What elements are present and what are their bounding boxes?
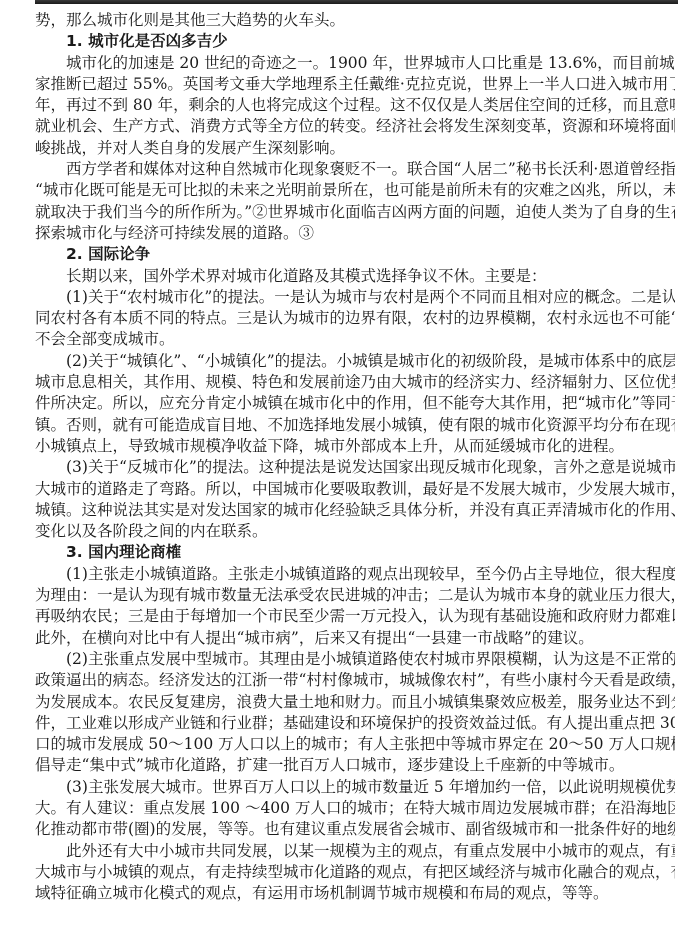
paragraph: (1)关于“农村城市化”的提法。一是认为城市与农村是两个不同而且相对应的概念。二… [35, 287, 675, 351]
text-line: 口的城市发展成 50～100 万人口以上的城市；有人主张把中等城市界定在 20～… [35, 734, 675, 755]
text-line: 就取决于我们当今的所作所为。”②世界城市化面临吉凶两方面的问题，迫使人类为了自身… [35, 202, 675, 223]
text-line: 城市化的加速是 20 世纪的奇迹之一。1900 年，世界城市人口比重是 13.6… [35, 53, 675, 74]
text-line: “城市化既可能是无可比拟的未来之光明前景所在，也可能是前所未有的灾难之凶兆，所以… [35, 180, 675, 201]
text-line: 再吸纳农民；三是由于每增加一个市民至少需一万元投入，认为现有基础设施和政府财力都… [35, 606, 675, 627]
text-line: 大。有人建议：重点发展 100 ～400 万人口的城市；在特大城市周边发展城市群… [35, 798, 675, 819]
text-line: 大城市与小城镇的观点，有走持续型城市化道路的观点，有把区域经济与城市化融合的观点… [35, 862, 675, 883]
section-heading-1: 1. 城市化是否凶多吉少 [35, 31, 675, 52]
text-line: (1)关于“农村城市化”的提法。一是认为城市与农村是两个不同而且相对应的概念。二… [35, 287, 675, 308]
text-line: 大城市的道路走了弯路。所以，中国城市化要吸取教训，最好是不发展大城市，少发展大城… [35, 479, 675, 500]
text-line: 件，工业难以形成产业链和行业群；基础建设和环境保护的投资效益过低。有人提出重点把… [35, 713, 675, 734]
text-line: 域特征确立城市化模式的观点，有运用市场机制调节城市规模和布局的观点，等等。 [35, 883, 675, 904]
text-line: (2)主张重点发展中型城市。其理由是小城镇道路使农村城市界限模糊，认为这是不正常… [35, 649, 675, 670]
text-line: 倡导走“集中式”城市化道路，扩建一批百万人口城市，逐步建设上千座新的中等城市。 [35, 755, 675, 776]
text-line: 同农村各有本质不同的特点。三是认为城市的边界有限，农村的边界模糊，农村永远也不可… [35, 308, 675, 329]
section-heading-3: 3. 国内理论商榷 [35, 542, 675, 563]
text-line: 峻挑战，并对人类自身的发展产生深刻影响。 [35, 138, 675, 159]
paragraph: (2)关于“城镇化”、“小城镇化”的提法。小城镇是城市化的初级阶段，是城市体系中… [35, 351, 675, 457]
text-line: 化推动都市带(圈)的发展，等等。也有建议重点发展省会城市、副省级城市和一批条件好… [35, 819, 675, 840]
text-line: 为理由：一是认为现有城市数量无法承受农民进城的冲击；二是认为城市本身的就业压力很… [35, 585, 675, 606]
text-line: 为发展成本。农民反复建房，浪费大量土地和财力。而且小城镇集聚效应极差，服务业达不… [35, 692, 675, 713]
paragraph: 长期以来，国外学术界对城市化道路及其模式选择争议不休。主要是： [35, 266, 675, 287]
text-line: 此外，在横向对比中有人提出“城市病”，后来又有提出“一县建一市战略”的建议。 [35, 628, 675, 649]
paragraph: 城市化的加速是 20 世纪的奇迹之一。1900 年，世界城市人口比重是 13.6… [35, 53, 675, 159]
text-line: 小城镇点上，导致城市规模净收益下降，城市外部成本上升，从而延缓城市化的进程。 [35, 436, 675, 457]
text-line: 探索城市化与经济可持续发展的道路。③ [35, 223, 675, 244]
text-line: 件所决定。所以，应充分肯定小城镇在城市化中的作用，但不能夸大其作用，把“城市化”… [35, 393, 675, 414]
paragraph: (3)关于“反城市化”的提法。这种提法是说发达国家出现反城市化现象，言外之意是说… [35, 457, 675, 542]
text-line: 城市息息相关，其作用、规模、特色和发展前途乃由大城市的经济实力、经济辐射力、区位… [35, 372, 675, 393]
text-line: (2)关于“城镇化”、“小城镇化”的提法。小城镇是城市化的初级阶段，是城市体系中… [35, 351, 675, 372]
continuation-line: 势，那么城市化则是其他三大趋势的火车头。 [35, 10, 675, 31]
paragraph: 西方学者和媒体对这种自然城市化现象褒贬不一。联合国“人居二”秘书长沃利·恩道曾经… [35, 159, 675, 244]
text-line: 不会全部变成城市。 [35, 329, 675, 350]
text-line: 长期以来，国外学术界对城市化道路及其模式选择争议不休。主要是： [35, 266, 675, 287]
section-heading-2: 2. 国际论争 [35, 244, 675, 265]
text-line: 政策逼出的病态。经济发达的江浙一带“村村像城市，城城像农村”，有些小康村今天看是… [35, 670, 675, 691]
text-line: 家推断已超过 55%。英国考文垂大学地理系主任戴维·克拉克说，世界上一半人口进入… [35, 74, 675, 95]
paragraph: (2)主张重点发展中型城市。其理由是小城镇道路使农村城市界限模糊，认为这是不正常… [35, 649, 675, 777]
text-line: 城镇。这种说法其实是对发达国家的城市化经验缺乏具体分析，并没有真正弄清城市化的作… [35, 500, 675, 521]
text-line: 变化以及各阶段之间的内在联系。 [35, 521, 675, 542]
paragraph: 此外还有大中小城市共同发展，以某一规模为主的观点，有重点发展中小城市的观点，有重… [35, 841, 675, 905]
text-line: (1)主张走小城镇道路。主张走小城镇道路的观点出现较早，至今仍占主导地位，很大程… [35, 564, 675, 585]
document-page: 势，那么城市化则是其他三大趋势的火车头。 1. 城市化是否凶多吉少 城市化的加速… [35, 10, 675, 904]
top-rule [35, 0, 678, 4]
text-line: 此外还有大中小城市共同发展，以某一规模为主的观点，有重点发展中小城市的观点，有重… [35, 841, 675, 862]
paragraph: (3)主张发展大城市。世界百万人口以上的城市数量近 5 年增加约一倍，以此说明规… [35, 777, 675, 841]
text-line: 年，再过不到 80 年，剩余的人也将完成这个过程。这不仅仅是人类居住空间的迁移，… [35, 95, 675, 116]
text-line: 西方学者和媒体对这种自然城市化现象褒贬不一。联合国“人居二”秘书长沃利·恩道曾经… [35, 159, 675, 180]
text-line: (3)主张发展大城市。世界百万人口以上的城市数量近 5 年增加约一倍，以此说明规… [35, 777, 675, 798]
paragraph: (1)主张走小城镇道路。主张走小城镇道路的观点出现较早，至今仍占主导地位，很大程… [35, 564, 675, 649]
text-line: (3)关于“反城市化”的提法。这种提法是说发达国家出现反城市化现象，言外之意是说… [35, 457, 675, 478]
text-line: 就业机会、生产方式、消费方式等全方位的转变。经济社会将发生深刻变革，资源和环境将… [35, 116, 675, 137]
text-line: 镇。否则，就有可能造成盲目地、不加选择地发展小城镇，使有限的城市化资源平均分布在… [35, 415, 675, 436]
